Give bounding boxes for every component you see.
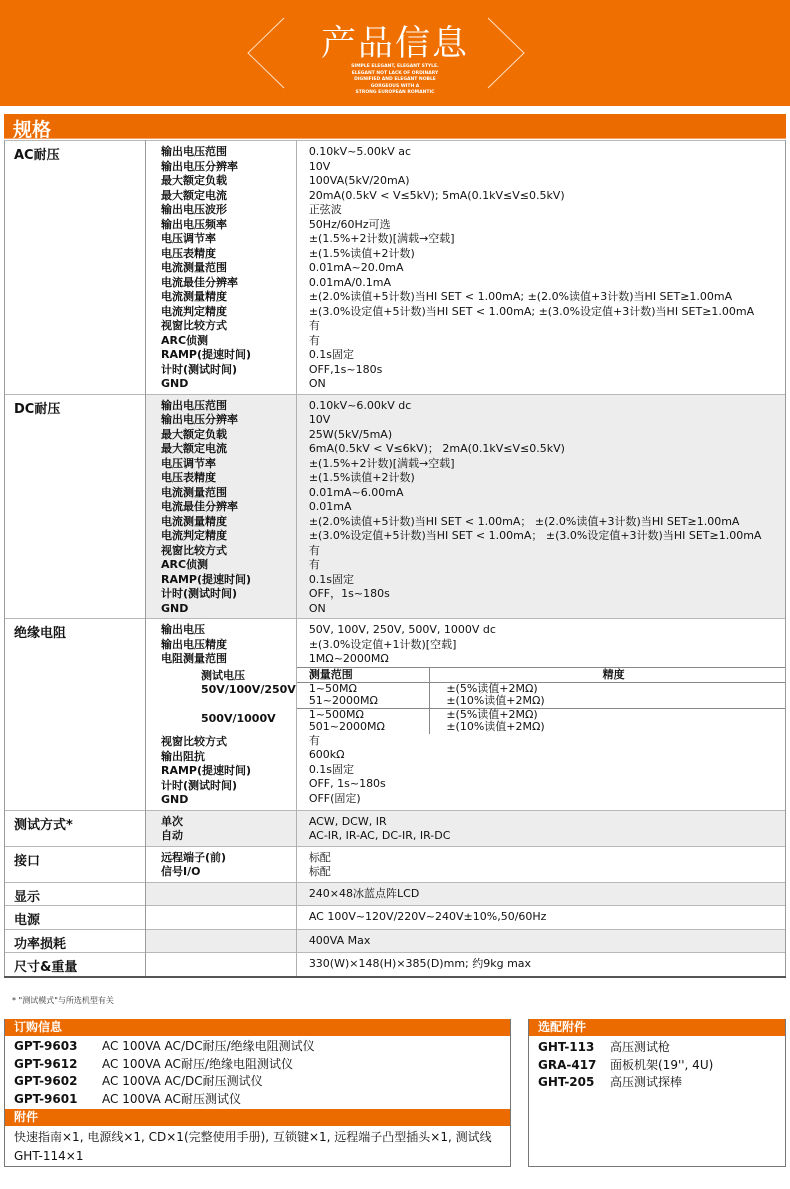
accessories-list: 快速指南×1, 电源线×1, CD×1(完整使用手册), 互锁键×1, 远程端子… — [5, 1126, 510, 1166]
spec-value: OFF(固定) — [309, 792, 785, 807]
spec-value: ON — [309, 377, 785, 392]
model-description: 高压测试探棒 — [610, 1074, 682, 1092]
spec-labels: 单次自动 — [146, 810, 297, 846]
spec-label: 视窗比较方式 — [161, 735, 296, 750]
spec-category-name: 测试方式* — [14, 818, 73, 833]
spec-label: 电流测量精度 — [161, 290, 296, 305]
spec-label: 电阻测量范围 — [161, 652, 296, 667]
spec-values: 50V, 100V, 250V, 500V, 1000V dc±(3.0%设定值… — [296, 619, 785, 811]
spec-label: 计时(测试时间) — [161, 779, 296, 794]
optional-accessories-box: 选配附件 GHT-113高压测试枪 GRA-417面板机架(19'', 4U) … — [528, 1019, 786, 1167]
spec-value: ACW, DCW, IR — [309, 815, 785, 830]
spec-label: 最大额定负载 — [161, 428, 296, 443]
spec-labels: 远程端子(前)信号I/O — [146, 846, 297, 882]
spec-value: 0.1s固定 — [309, 573, 785, 588]
spec-value: 0.01mA~6.00mA — [309, 486, 785, 501]
spec-category-name: 功率损耗 — [14, 937, 66, 952]
test-voltage-label: 测试电压 — [161, 669, 296, 684]
spec-value: 0.01mA~20.0mA — [309, 261, 785, 276]
spec-label: 电流测量范围 — [161, 486, 296, 501]
spec-table: AC耐压 输出电压范围输出电压分辨率最大额定负载最大额定电流输出电压波形输出电压… — [4, 140, 786, 978]
spec-value: 有 — [309, 558, 785, 573]
spec-label: 输出电压分辨率 — [161, 160, 296, 175]
spec-value: ±(3.0%设定值+1计数)[空载] — [309, 638, 785, 653]
spec-label: 电流最佳分辨率 — [161, 500, 296, 515]
spec-category: AC耐压 — [5, 141, 146, 395]
spec-values: ACW, DCW, IRAC-IR, IR-AC, DC-IR, IR-DC — [296, 810, 785, 846]
spec-value: 0.01mA/0.1mA — [309, 276, 785, 291]
spec-value: ±(2.0%读值+5计数)当HI SET < 1.00mA; ±(2.0%读值+… — [309, 290, 785, 305]
ir-accuracy-table: 测量范围 精度 1~50MΩ51~2000MΩ ±(5%读值+2MΩ)±(10%… — [297, 667, 785, 734]
spec-row: DC耐压 输出电压范围输出电压分辨率最大额定负载最大额定电流电压调节率电压表精度… — [5, 394, 786, 619]
spec-category-name: 尺寸&重量 — [14, 960, 77, 975]
optional-item: GHT-205高压测试探棒 — [529, 1074, 785, 1092]
ordering-info-header: 订购信息 — [5, 1019, 510, 1036]
spec-label: 电流测量精度 — [161, 515, 296, 530]
spec-category: 功率损耗 — [5, 929, 146, 953]
spec-values: 330(W)×148(H)×385(D)mm; 约9kg max — [296, 953, 785, 977]
spec-row: AC耐压 输出电压范围输出电压分辨率最大额定负载最大额定电流输出电压波形输出电压… — [5, 141, 786, 395]
spec-label: 电流测量范围 — [161, 261, 296, 276]
spec-value: 0.1s固定 — [309, 348, 785, 363]
spec-label: GND — [161, 602, 296, 617]
spec-value: 50Hz/60Hz可选 — [309, 218, 785, 233]
spec-values: 0.10kV~5.00kV ac10V100VA(5kV/20mA)20mA(0… — [296, 141, 785, 395]
spec-value: 有 — [309, 319, 785, 334]
spec-value: 有 — [309, 734, 785, 749]
spec-category-name: 绝缘电阻 — [14, 626, 66, 641]
spec-row: 接口 远程端子(前)信号I/O 标配标配 — [5, 846, 786, 882]
slogan-line: STRONG EUROPEAN ROMANTIC — [0, 90, 790, 97]
model-number: GPT-9603 — [14, 1038, 102, 1056]
optional-item: GRA-417面板机架(19'', 4U) — [529, 1057, 785, 1075]
spec-label: 输出电压精度 — [161, 638, 296, 653]
spec-label: 电压表精度 — [161, 247, 296, 262]
range-value: 501~2000MΩ — [309, 721, 430, 734]
model-description: AC 100VA AC耐压/绝缘电阻测试仪 — [102, 1056, 293, 1074]
spec-label: 远程端子(前) — [161, 851, 296, 866]
spec-labels: 输出电压输出电压精度电阻测量范围测试电压50V/100V/250V500V/10… — [146, 619, 297, 811]
spec-value: 0.01mA — [309, 500, 785, 515]
spec-label: 输出电压波形 — [161, 203, 296, 218]
model-description: AC 100VA AC/DC耐压/绝缘电阻测试仪 — [102, 1038, 315, 1056]
spec-label: 信号I/O — [161, 865, 296, 880]
spec-labels: 输出电压范围输出电压分辨率最大额定负载最大额定电流电压调节率电压表精度电流测量范… — [146, 394, 297, 619]
spec-value: 标配 — [309, 851, 785, 866]
spec-labels — [146, 882, 297, 906]
spec-label: RAMP(提速时间) — [161, 348, 296, 363]
spec-label: ARC侦测 — [161, 334, 296, 349]
spec-label: 电流最佳分辨率 — [161, 276, 296, 291]
spec-row: 尺寸&重量 330(W)×148(H)×385(D)mm; 约9kg max — [5, 953, 786, 977]
spec-value: OFF，1s~180s — [309, 587, 785, 602]
model-number: GPT-9612 — [14, 1056, 102, 1074]
spec-label: RAMP(提速时间) — [161, 573, 296, 588]
spec-label: 视窗比较方式 — [161, 544, 296, 559]
model-number: GRA-417 — [538, 1057, 610, 1075]
spec-value: 标配 — [309, 865, 785, 880]
spec-value: 6mA(0.5kV < V≤6kV)； 2mA(0.1kV≤V≤0.5kV) — [309, 442, 785, 457]
spec-category: 电源 — [5, 906, 146, 930]
spec-category-name: DC耐压 — [14, 402, 60, 417]
spec-value: 有 — [309, 334, 785, 349]
ordering-info-box: 订购信息 GPT-9603AC 100VA AC/DC耐压/绝缘电阻测试仪 GP… — [4, 1019, 511, 1167]
spec-section-header: 规格 — [4, 114, 786, 139]
spec-label: 电流判定精度 — [161, 305, 296, 320]
spec-value: 10V — [309, 160, 785, 175]
spec-value: 10V — [309, 413, 785, 428]
accuracy-group: 1~50MΩ51~2000MΩ ±(5%读值+2MΩ)±(10%读值+2MΩ) — [297, 682, 785, 708]
model-description: AC 100VA AC/DC耐压测试仪 — [102, 1073, 263, 1091]
spec-category: 尺寸&重量 — [5, 953, 146, 977]
spec-value: 240×48冰蓝点阵LCD — [309, 887, 785, 902]
spec-labels — [146, 906, 297, 930]
spec-value: OFF, 1s~180s — [309, 777, 785, 792]
spec-labels: 输出电压范围输出电压分辨率最大额定负载最大额定电流输出电压波形输出电压频率电压调… — [146, 141, 297, 395]
spec-value: 有 — [309, 544, 785, 559]
spec-values: 400VA Max — [296, 929, 785, 953]
model-description: 面板机架(19'', 4U) — [610, 1057, 713, 1075]
footnote: * "测试模式"与所选机型有关 — [12, 995, 114, 1006]
optional-item: GHT-113高压测试枪 — [529, 1039, 785, 1057]
spec-category: 接口 — [5, 846, 146, 882]
spec-label: 最大额定电流 — [161, 442, 296, 457]
spec-value: 600kΩ — [309, 748, 785, 763]
column-header: 精度 — [430, 667, 785, 682]
spec-label: 输出电压 — [161, 623, 296, 638]
spec-row: 绝缘电阻 输出电压输出电压精度电阻测量范围测试电压50V/100V/250V50… — [5, 619, 786, 811]
spec-value: ±(2.0%读值+5计数)当HI SET < 1.00mA； ±(2.0%读值+… — [309, 515, 785, 530]
spec-value: ±(1.5%+2计数)[满载→空载] — [309, 457, 785, 472]
spec-value: 50V, 100V, 250V, 500V, 1000V dc — [309, 623, 785, 638]
spec-category-name: AC耐压 — [14, 148, 60, 163]
spec-values: 标配标配 — [296, 846, 785, 882]
spec-label: 电压表精度 — [161, 471, 296, 486]
spec-label: 电压调节率 — [161, 457, 296, 472]
accuracy-group: 1~500MΩ501~2000MΩ ±(5%读值+2MΩ)±(10%读值+2MΩ… — [297, 708, 785, 734]
column-header: 测量范围 — [297, 667, 430, 682]
spec-value: ±(1.5%读值+2计数) — [309, 471, 785, 486]
spec-value: ±(1.5%+2计数)[满载→空载] — [309, 232, 785, 247]
spec-value: ON — [309, 602, 785, 617]
spec-label: 输出电压范围 — [161, 145, 296, 160]
model-description: AC 100VA AC耐压测试仪 — [102, 1091, 241, 1109]
test-voltage-group: 50V/100V/250V — [161, 683, 296, 698]
banner-slogan: SIMPLE ELEGANT, ELEGANT STYLE. ELEGANT N… — [0, 64, 790, 97]
spec-values: 240×48冰蓝点阵LCD — [296, 882, 785, 906]
spec-label: 最大额定负载 — [161, 174, 296, 189]
spec-label: 输出电压频率 — [161, 218, 296, 233]
banner-title: 产品信息 — [0, 16, 790, 66]
order-item: GPT-9602AC 100VA AC/DC耐压测试仪 — [5, 1073, 510, 1091]
spec-label: 输出电压范围 — [161, 399, 296, 414]
accessories-header: 附件 — [5, 1109, 510, 1126]
spec-value: 330(W)×148(H)×385(D)mm; 约9kg max — [309, 957, 785, 972]
model-description: 高压测试枪 — [610, 1039, 670, 1057]
spec-label: 单次 — [161, 815, 296, 830]
model-number: GPT-9602 — [14, 1073, 102, 1091]
spec-label: 计时(测试时间) — [161, 363, 296, 378]
spec-label: GND — [161, 793, 296, 808]
spec-value: AC 100V~120V/220V~240V±10%,50/60Hz — [309, 910, 785, 925]
spec-value: 0.10kV~6.00kV dc — [309, 399, 785, 414]
optional-accessories-header: 选配附件 — [529, 1019, 785, 1036]
spec-labels — [146, 953, 297, 977]
model-number: GPT-9601 — [14, 1091, 102, 1109]
model-number: GHT-205 — [538, 1074, 610, 1092]
spec-row: 电源 AC 100V~120V/220V~240V±10%,50/60Hz — [5, 906, 786, 930]
range-value: 51~2000MΩ — [309, 695, 430, 708]
spec-label: 视窗比较方式 — [161, 319, 296, 334]
accuracy-value: ±(10%读值+2MΩ) — [446, 721, 785, 734]
spec-category: 测试方式* — [5, 810, 146, 846]
spec-value: 25W(5kV/5mA) — [309, 428, 785, 443]
order-item: GPT-9603AC 100VA AC/DC耐压/绝缘电阻测试仪 — [5, 1038, 510, 1056]
test-voltage-group: 500V/1000V — [161, 712, 296, 727]
spec-row: 显示 240×48冰蓝点阵LCD — [5, 882, 786, 906]
spec-label: 输出阻抗 — [161, 750, 296, 765]
product-info-banner: 产品信息 SIMPLE ELEGANT, ELEGANT STYLE. ELEG… — [0, 0, 790, 106]
spec-label: GND — [161, 377, 296, 392]
spec-label: 电流判定精度 — [161, 529, 296, 544]
spec-label: 计时(测试时间) — [161, 587, 296, 602]
spec-label: 自动 — [161, 829, 296, 844]
spec-category-name: 显示 — [14, 890, 40, 905]
spec-value: 400VA Max — [309, 934, 785, 949]
spec-values: AC 100V~120V/220V~240V±10%,50/60Hz — [296, 906, 785, 930]
spec-value: OFF,1s~180s — [309, 363, 785, 378]
spec-label: RAMP(提速时间) — [161, 764, 296, 779]
spec-value: 正弦波 — [309, 203, 785, 218]
spec-value: 100VA(5kV/20mA) — [309, 174, 785, 189]
spec-value: ±(1.5%读值+2计数) — [309, 247, 785, 262]
spec-value: 0.10kV~5.00kV ac — [309, 145, 785, 160]
order-item: GPT-9612AC 100VA AC耐压/绝缘电阻测试仪 — [5, 1056, 510, 1074]
order-item: GPT-9601AC 100VA AC耐压测试仪 — [5, 1091, 510, 1109]
spec-value: ±(3.0%设定值+5计数)当HI SET < 1.00mA; ±(3.0%设定… — [309, 305, 785, 320]
spec-value: AC-IR, IR-AC, DC-IR, IR-DC — [309, 829, 785, 844]
spec-row: 测试方式* 单次自动 ACW, DCW, IRAC-IR, IR-AC, DC-… — [5, 810, 786, 846]
spec-category-name: 接口 — [14, 854, 40, 869]
spec-label: 最大额定电流 — [161, 189, 296, 204]
spec-label: 输出电压分辨率 — [161, 413, 296, 428]
spec-values: 0.10kV~6.00kV dc10V25W(5kV/5mA)6mA(0.5kV… — [296, 394, 785, 619]
spec-value: 0.1s固定 — [309, 763, 785, 778]
accuracy-value: ±(10%读值+2MΩ) — [446, 695, 785, 708]
spec-labels — [146, 929, 297, 953]
spec-row: 功率损耗 400VA Max — [5, 929, 786, 953]
spec-category: 绝缘电阻 — [5, 619, 146, 811]
spec-label: ARC侦测 — [161, 558, 296, 573]
spec-value: 20mA(0.5kV < V≤5kV); 5mA(0.1kV≤V≤0.5kV) — [309, 189, 785, 204]
spec-category: 显示 — [5, 882, 146, 906]
spec-category-name: 电源 — [14, 913, 40, 928]
model-number: GHT-113 — [538, 1039, 610, 1057]
spec-category: DC耐压 — [5, 394, 146, 619]
spec-header-title: 规格 — [13, 115, 51, 142]
spec-value: 1MΩ~2000MΩ — [309, 652, 785, 667]
spec-label: 电压调节率 — [161, 232, 296, 247]
spec-value: ±(3.0%设定值+5计数)当HI SET < 1.00mA； ±(3.0%设定… — [309, 529, 785, 544]
